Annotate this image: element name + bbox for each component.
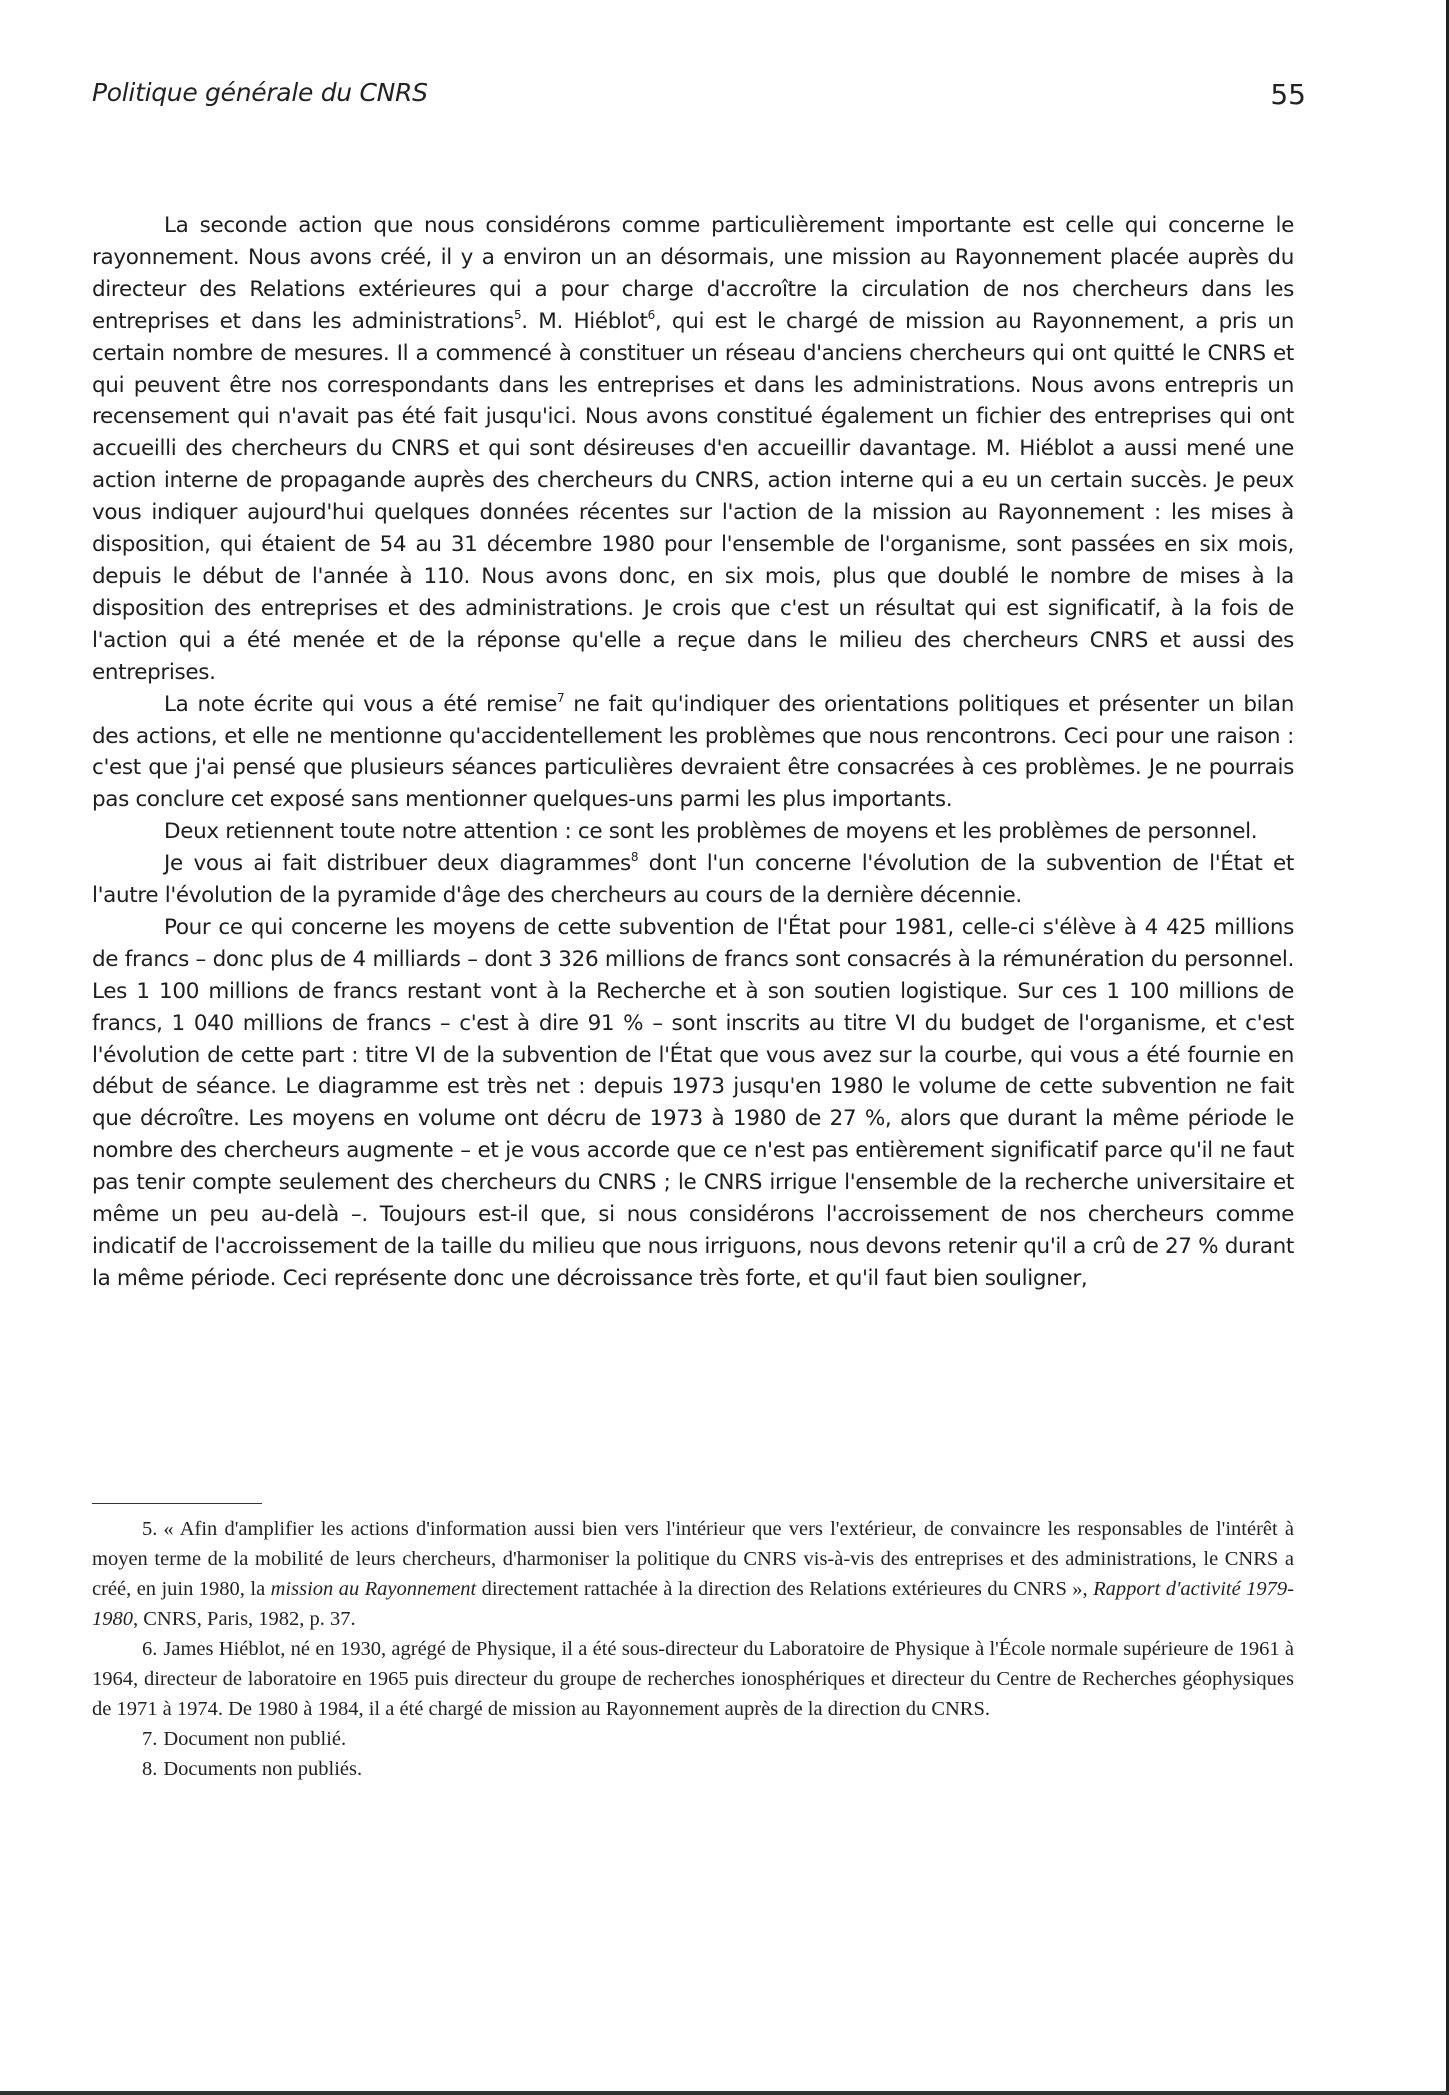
book-page: Politique générale du CNRS 55 La seconde…: [0, 0, 1449, 2095]
text-run: Document non publié.: [163, 1728, 346, 1750]
running-title: Politique générale du CNRS: [92, 78, 428, 107]
italic-run: mission au Rayonnement: [271, 1578, 477, 1600]
paragraph: La note écrite qui vous a été remise7 ne…: [92, 689, 1294, 817]
running-header: Politique générale du CNRS 55: [92, 78, 1302, 107]
footnote-separator: [92, 1503, 262, 1504]
paragraph: La seconde action que nous considérons c…: [92, 210, 1294, 689]
footnote-ref-6: 6: [648, 308, 655, 322]
text-run: Deux retiennent toute notre attention : …: [164, 819, 1257, 844]
text-run: Documents non publiés.: [163, 1758, 362, 1780]
footnote-8: 8.Documents non publiés.: [92, 1754, 1294, 1784]
page-number: 55: [1270, 78, 1306, 111]
paragraph: Deux retiennent toute notre attention : …: [92, 816, 1294, 848]
text-run: Je vous ai fait distribuer deux diagramm…: [164, 851, 631, 876]
footnote-5: 5.« Afin d'amplifier les actions d'infor…: [92, 1514, 1294, 1634]
text-run: James Hiéblot, né en 1930, agrégé de Phy…: [92, 1638, 1294, 1720]
text-run: La note écrite qui vous a été remise: [164, 692, 557, 717]
footnote-6: 6.James Hiéblot, né en 1930, agrégé de P…: [92, 1634, 1294, 1724]
paragraph: Je vous ai fait distribuer deux diagramm…: [92, 848, 1294, 912]
footnote-7: 7.Document non publié.: [92, 1724, 1294, 1754]
text-run: . M. Hiéblot: [521, 309, 647, 334]
footnote-ref-8: 8: [631, 850, 638, 864]
text-run: , qui est le chargé de mission au Rayonn…: [92, 309, 1294, 685]
footnote-number: 7.: [142, 1728, 157, 1750]
text-run: directement rattachée à la direction des…: [476, 1578, 1093, 1600]
text-run: , CNRS, Paris, 1982, p. 37.: [133, 1608, 356, 1630]
footnote-number: 6.: [142, 1638, 157, 1660]
text-run: Pour ce qui concerne les moyens de cette…: [92, 915, 1294, 1291]
scan-edge-bottom: [0, 2091, 1449, 2095]
main-text: La seconde action que nous considérons c…: [92, 210, 1294, 1295]
footnote-number: 8.: [142, 1758, 157, 1780]
footnote-number: 5.: [142, 1518, 157, 1540]
paragraph: Pour ce qui concerne les moyens de cette…: [92, 912, 1294, 1295]
footnotes: 5.« Afin d'amplifier les actions d'infor…: [92, 1514, 1294, 1784]
